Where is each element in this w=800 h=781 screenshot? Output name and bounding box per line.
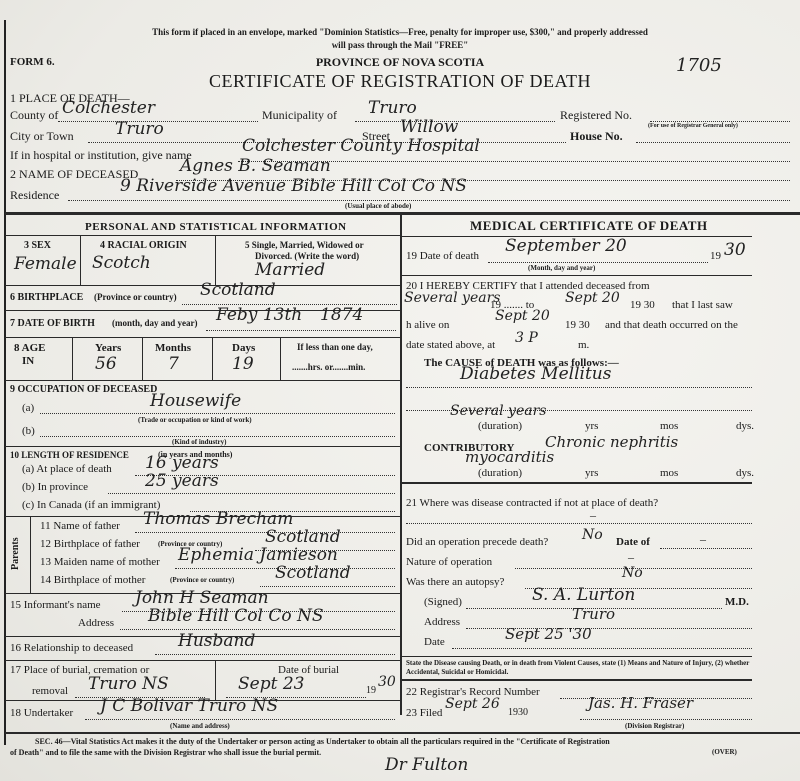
contributory-field-1[interactable]: Chronic nephritis [545, 433, 678, 451]
hospital-label: If in hospital or institution, give name [10, 148, 192, 163]
months-label: Months [155, 342, 191, 354]
hospital-field[interactable]: Colchester County Hospital [242, 136, 480, 156]
alive-year: 19 30 [565, 319, 590, 331]
date-of-death-label: 19 Date of death [406, 250, 479, 262]
parents-tab-label: Parents [10, 537, 21, 570]
cause-instructions: State the Disease causing Death, or in d… [406, 659, 751, 677]
mos-label: mos [660, 420, 678, 432]
mother-birthplace-note: (Province or country) [170, 576, 234, 584]
residence-label: Residence [10, 188, 59, 203]
months-field[interactable]: 7 [168, 354, 179, 374]
filed-date-field[interactable]: Sept 26 [445, 696, 500, 712]
in-province-field[interactable]: 25 years [145, 471, 219, 491]
statute-text-1: SEC. 46—Vital Statistics Act makes it th… [35, 737, 610, 746]
duration-label: (duration) [478, 420, 522, 432]
death-occurred-label: and that death occurred on the [605, 319, 738, 331]
hrs-min-field[interactable]: .......hrs. or.......min. [292, 362, 365, 372]
autopsy-field[interactable]: No [622, 565, 643, 581]
in-canada-label: (c) In Canada (if an immigrant) [22, 499, 160, 511]
registered-no-label: Registered No. [560, 108, 632, 123]
alive-on-label: h alive on [406, 319, 449, 331]
sex-label: 3 SEX [24, 240, 51, 251]
contributory-field-2[interactable]: myocarditis [465, 448, 554, 466]
undertaker-field[interactable]: J C Bolivar Truro NS [100, 696, 278, 716]
cause-duration-field[interactable]: Several years [450, 403, 546, 419]
md-label: M.D. [725, 596, 749, 608]
municipality-field[interactable]: Truro [368, 98, 417, 118]
time-suffix: m. [578, 339, 589, 351]
medical-section-title: MEDICAL CERTIFICATE OF DEATH [470, 218, 708, 234]
birthplace-label: 6 BIRTHPLACE [10, 292, 83, 303]
registered-no-note: (For use of Registrar General only) [648, 123, 738, 129]
municipality-label: Municipality of [262, 108, 337, 123]
occ-a-label: (a) [22, 402, 34, 414]
age-label-2: IN [22, 355, 34, 367]
contrib-yrs-label: yrs [585, 467, 598, 479]
burial-removal-label: removal [32, 685, 68, 697]
racial-origin-field[interactable]: Scotch [92, 253, 151, 273]
contrib-duration-label: (duration) [478, 467, 522, 479]
contracted-field[interactable]: – [590, 508, 596, 523]
county-field[interactable]: Colchester [62, 98, 155, 118]
registrar-signature[interactable]: Jas. H. Fraser [588, 694, 693, 712]
divider [5, 212, 800, 215]
city-label: City or Town [10, 129, 74, 144]
father-name-field[interactable]: Thomas Brecham [143, 509, 293, 529]
contracted-label: 21 Where was disease contracted if not a… [406, 497, 658, 509]
cause-field[interactable]: Diabetes Mellitus [460, 364, 611, 384]
dob-field[interactable]: Feby 13th [216, 305, 302, 325]
occupation-field[interactable]: Housewife [150, 391, 241, 411]
burial-year-field[interactable]: 30 [378, 674, 396, 690]
mail-notice-line2: will pass through the Mail "FREE" [0, 40, 800, 50]
date-of-death-field[interactable]: September 20 [505, 236, 627, 256]
less-than-day-label: If less than one day, [297, 342, 373, 352]
occ-b-note: (Kind of industry) [172, 438, 226, 446]
occupation-label: 9 OCCUPATION OF DECEASED [10, 384, 157, 395]
operation-date-label: Date of [616, 536, 650, 548]
attended-to-field[interactable]: Sept 20 [565, 290, 620, 306]
marital-label-1: 5 Single, Married, Widowed or [245, 240, 364, 250]
date-of-death-note: (Month, day and year) [528, 264, 595, 272]
informant-name-field[interactable]: John H Seaman [135, 588, 269, 608]
mail-notice-line1: This form if placed in an envelope, mark… [0, 27, 800, 37]
days-label: Days [232, 342, 255, 354]
last-saw-label: that I last saw [672, 299, 733, 311]
residence-note: (Usual place of abode) [345, 202, 411, 210]
filed-label: 23 Filed [406, 707, 442, 719]
birthplace-field[interactable]: Scotland [200, 280, 276, 300]
mother-maiden-field[interactable]: Ephemia Jamieson [178, 545, 338, 565]
operation-field[interactable]: No [582, 527, 603, 543]
nature-label: Nature of operation [406, 556, 492, 568]
alive-on-field[interactable]: Sept 20 [495, 308, 550, 324]
relationship-label: 16 Relationship to deceased [10, 642, 133, 654]
over-label: (OVER) [712, 748, 737, 756]
undertaker-note: (Name and address) [170, 722, 230, 730]
at-place-label: (a) At place of death [22, 463, 112, 475]
handwritten-annotation: Dr Fulton [385, 755, 468, 775]
county-label: County of [10, 108, 58, 123]
personal-section-title: PERSONAL AND STATISTICAL INFORMATION [85, 221, 347, 233]
autopsy-label: Was there an autopsy? [406, 576, 504, 588]
dob-note: (month, day and year) [112, 318, 198, 328]
mother-maiden-label: 13 Maiden name of mother [40, 556, 160, 568]
contrib-dys-label: dys. [736, 467, 754, 479]
nature-field[interactable]: – [628, 550, 634, 565]
mother-birthplace-field[interactable]: Scotland [275, 563, 351, 583]
racial-origin-label: 4 RACIAL ORIGIN [100, 240, 187, 251]
death-year-field[interactable]: 30 [724, 240, 746, 260]
days-field[interactable]: 19 [232, 354, 254, 374]
yrs-label: yrs [585, 420, 598, 432]
informant-address-label: Address [78, 617, 114, 629]
deceased-name-field[interactable]: Agnes B. Seaman [180, 156, 331, 176]
age-label-1: 8 AGE [14, 342, 45, 354]
years-label: Years [95, 342, 121, 354]
operation-label: Did an operation precede death? [406, 536, 548, 548]
registrar-note: (Division Registrar) [625, 722, 684, 730]
father-name-label: 11 Name of father [40, 520, 120, 532]
undertaker-label: 18 Undertaker [10, 707, 73, 719]
residence-field[interactable]: 9 Riverside Avenue Bible Hill Col Co NS [120, 176, 467, 196]
dob-label: 7 DATE OF BIRTH [10, 318, 95, 329]
house-no-label: House No. [570, 129, 623, 144]
operation-date-field[interactable]: – [700, 532, 706, 547]
in-province-label: (b) In province [22, 481, 88, 493]
mother-birthplace-label: 14 Birthplace of mother [40, 574, 145, 586]
file-number: 1705 [676, 55, 722, 76]
med-date-label: Date [424, 636, 445, 648]
dob-year-field[interactable]: 1874 [320, 305, 363, 325]
dys-label: dys. [736, 420, 754, 432]
death-certificate: This form if placed in an envelope, mark… [0, 0, 800, 781]
years-field[interactable]: 56 [95, 354, 117, 374]
occ-a-note: (Trade or occupation or kind of work) [138, 416, 252, 424]
father-birthplace-label: 12 Birthplace of father [40, 538, 140, 550]
burial-place-field[interactable]: Truro NS [88, 674, 169, 694]
column-divider [400, 215, 402, 715]
attended-from-field[interactable]: Several years [404, 290, 500, 306]
med-address-field[interactable]: Truro [572, 605, 615, 623]
filed-year: 1930 [508, 707, 528, 718]
time-label: date stated above, at [406, 339, 495, 351]
attended-year: 19 30 [630, 299, 655, 311]
med-address-label: Address [424, 616, 460, 628]
marital-status-field[interactable]: Married [255, 260, 325, 280]
father-birthplace-field[interactable]: Scotland [265, 527, 341, 547]
relationship-field[interactable]: Husband [178, 631, 255, 651]
occ-b-label: (b) [22, 425, 35, 437]
informant-address-field[interactable]: Bible Hill Col Co NS [148, 606, 324, 626]
city-field[interactable]: Truro [115, 119, 164, 139]
contrib-mos-label: mos [660, 467, 678, 479]
signed-label: (Signed) [424, 596, 462, 608]
at-place-field[interactable]: 16 years [145, 453, 219, 473]
statute-text-2: of Death" and to file the same with the … [10, 748, 321, 757]
burial-year-prefix: 19 [366, 685, 376, 696]
street-field[interactable]: Willow [400, 117, 458, 137]
residence-length-label: 10 LENGTH OF RESIDENCE [10, 450, 129, 460]
signed-field[interactable]: S. A. Lurton [532, 585, 635, 605]
informant-name-label: 15 Informant's name [10, 599, 101, 611]
time-field[interactable]: 3 P [515, 330, 538, 346]
birthplace-note: (Province or country) [94, 292, 177, 302]
med-date-field[interactable]: Sept 25 '30 [505, 625, 592, 643]
sex-field[interactable]: Female [14, 254, 77, 274]
death-year-prefix: 19 [710, 250, 721, 262]
burial-date-field[interactable]: Sept 23 [238, 674, 304, 694]
